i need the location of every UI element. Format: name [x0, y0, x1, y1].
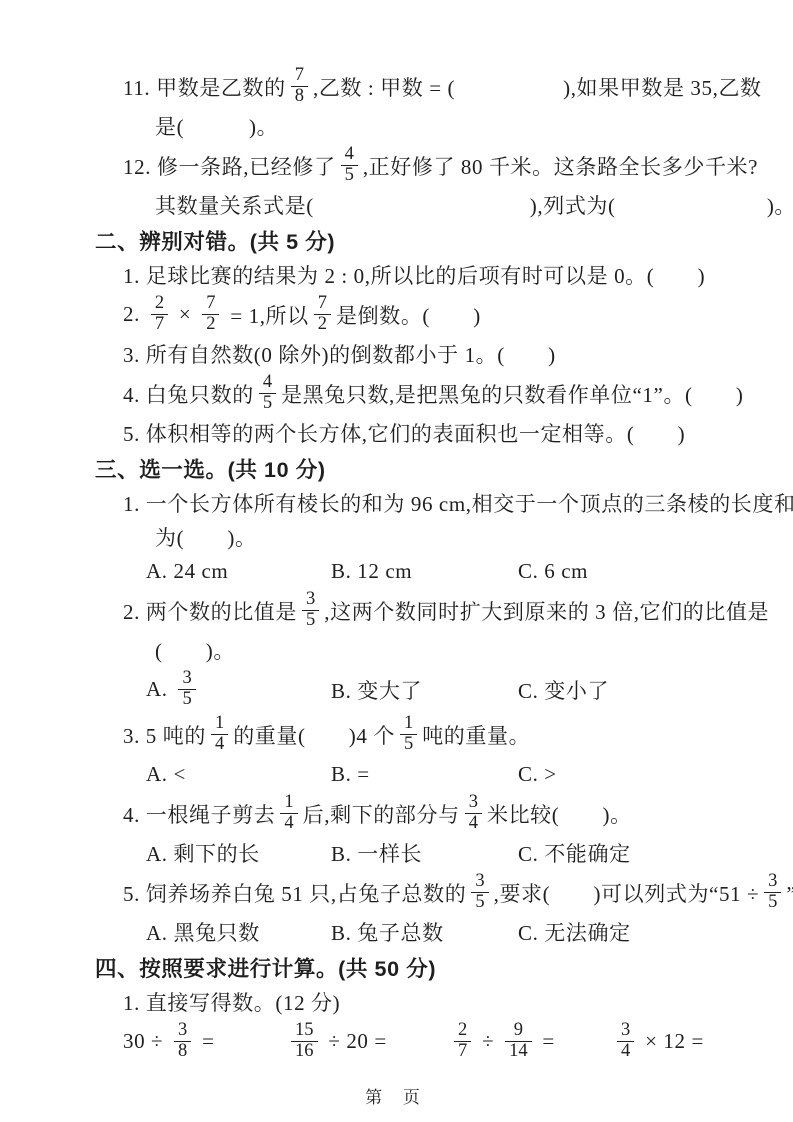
calc-instruction: 1. 直接写得数。(12 分): [123, 985, 793, 1019]
tf-item-2-fraction-3: 72: [202, 294, 219, 335]
item-12-line-2: 其数量关系式是( ),列式为( )。: [155, 188, 793, 222]
mc-4-options-col-2: C. 不能确定: [518, 838, 631, 868]
tf-item-2-text-2: ×: [173, 302, 197, 327]
calc-row-col-1-fraction-0: 1516: [291, 1021, 318, 1062]
mc-4-line-1-fraction-3: 34: [465, 793, 482, 834]
fraction-denominator: 7: [454, 1041, 471, 1062]
mc-2-line-2-text-0: ( )。: [155, 635, 235, 665]
mc-1-options-col-2: C. 6 cm: [518, 559, 588, 584]
mc-2-line-2: ( )。: [155, 633, 793, 667]
mc-5-line-1-text-2: ,要求( )可以列式为“51 ÷: [494, 878, 760, 908]
mc-2-line-1-text-0: 2. 两个数的比值是: [123, 596, 297, 626]
mc-2-options-col-0-fraction-1: 35: [178, 669, 195, 710]
item-12-line-1: 12. 修一条路,已经修了45,正好修了 80 千米。这条路全长多少千米?: [123, 143, 793, 188]
section-3-header: 三、选一选。(共 10 分): [95, 450, 793, 486]
mc-3-line-1-text-4: 吨的重量。: [422, 720, 530, 750]
fraction-numerator: 7: [291, 66, 308, 86]
fraction-numerator: 15: [291, 1021, 318, 1041]
mc-1-options: A. 24 cmB. 12 cmC. 6 cm: [146, 554, 793, 588]
mc-5-line-1-fraction-1: 35: [471, 872, 488, 913]
item-11-line-1-text-0: 11. 甲数是乙数的: [123, 72, 286, 102]
fraction-numerator: 7: [314, 294, 331, 314]
worksheet-content: 11. 甲数是乙数的78,乙数 : 甲数 = ( ),如果甲数是 35,乙数是(…: [0, 0, 793, 1064]
mc-4-line-1-text-2: 后,剩下的部分与: [303, 799, 460, 829]
tf-item-2-text-4: = 1,所以: [224, 300, 308, 330]
fraction-denominator: 16: [291, 1041, 318, 1062]
mc-4-line-1: 4. 一根绳子剪去14后,剩下的部分与34米比较( )。: [123, 791, 793, 836]
tf-item-3-text-0: 3. 所有自然数(0 除外)的倒数都小于 1。( ): [123, 339, 556, 369]
calc-row-col-3-fraction-0: 34: [617, 1021, 634, 1062]
fraction-numerator: 1: [400, 714, 417, 734]
item-12-line-1-fraction-1: 45: [341, 145, 358, 186]
mc-5-options-col-2-text-0: C. 无法确定: [518, 917, 631, 947]
section-3-header-text-0: 三、选一选。(共 10 分): [95, 453, 326, 484]
mc-3-options-col-0-text-0: A. <: [146, 762, 186, 787]
tf-item-2-fraction-5: 72: [314, 294, 331, 335]
calc-row-col-3-text-1: × 12 =: [639, 1029, 704, 1054]
tf-item-3: 3. 所有自然数(0 除外)的倒数都小于 1。( ): [123, 337, 793, 371]
tf-item-5-text-0: 5. 体积相等的两个长方体,它们的表面积也一定相等。( ): [123, 418, 685, 448]
item-12-line-1-text-2: ,正好修了 80 千米。这条路全长多少千米?: [363, 151, 758, 181]
fraction-numerator: 1: [280, 793, 297, 813]
mc-4-options-col-2-text-0: C. 不能确定: [518, 838, 631, 868]
mc-3-options-col-2: C. >: [518, 762, 557, 787]
tf-item-1-text-0: 1. 足球比赛的结果为 2 : 0,所以比的后项有时可以是 0。( ): [123, 260, 705, 290]
mc-1-line-2: 为( )。: [155, 520, 793, 554]
fraction-numerator: 3: [302, 590, 319, 610]
fraction-denominator: 4: [617, 1041, 634, 1062]
fraction-numerator: 1: [211, 714, 228, 734]
calc-row: 30 ÷ 38 =1516 ÷ 20 =27 ÷ 914 =34 × 12 =: [123, 1019, 793, 1064]
mc-5-options-col-1-text-0: B. 兔子总数: [331, 917, 444, 947]
tf-item-1: 1. 足球比赛的结果为 2 : 0,所以比的后项有时可以是 0。( ): [123, 258, 793, 292]
mc-1-options-col-1-text-0: B. 12 cm: [331, 559, 412, 584]
mc-5-options-col-0: A. 黑兔只数: [146, 917, 331, 947]
section-4-header-text-0: 四、按照要求进行计算。(共 50 分): [95, 952, 436, 983]
tf-item-4-text-2: 是黑兔只数,是把黑兔的只数看作单位“1”。( ): [281, 379, 743, 409]
item-11-line-1-fraction-1: 78: [291, 66, 308, 107]
mc-4-options-col-1-text-0: B. 一样长: [331, 838, 422, 868]
fraction-denominator: 5: [341, 165, 358, 186]
fraction-denominator: 8: [174, 1041, 191, 1062]
fraction-denominator: 5: [178, 689, 195, 710]
fraction-denominator: 5: [400, 734, 417, 755]
mc-4-line-1-text-4: 米比较( )。: [487, 799, 632, 829]
calc-row-col-2: 27 ÷ 914 =: [449, 1021, 612, 1062]
mc-2-line-1-fraction-1: 35: [302, 590, 319, 631]
mc-5-line-1-text-4: ”。: [786, 878, 793, 908]
tf-item-4-fraction-1: 45: [259, 373, 276, 414]
fraction-numerator: 4: [341, 145, 358, 165]
fraction-numerator: 2: [454, 1021, 471, 1041]
fraction-numerator: 3: [471, 872, 488, 892]
mc-2-line-1: 2. 两个数的比值是35,这两个数同时扩大到原来的 3 倍,它们的比值是: [123, 588, 793, 633]
mc-1-options-col-0-text-0: A. 24 cm: [146, 559, 228, 584]
fraction-denominator: 8: [291, 86, 308, 107]
fraction-denominator: 14: [505, 1041, 532, 1062]
fraction-numerator: 7: [202, 294, 219, 314]
fraction-denominator: 4: [465, 813, 482, 834]
mc-5-options: A. 黑兔只数B. 兔子总数C. 无法确定: [146, 915, 793, 949]
fraction-numerator: 3: [178, 669, 195, 689]
fraction-denominator: 5: [764, 892, 781, 913]
tf-item-2-fraction-1: 27: [151, 294, 168, 335]
fraction-denominator: 5: [302, 610, 319, 631]
mc-3-line-1: 3. 5 吨的14的重量( )4 个15吨的重量。: [123, 712, 793, 757]
fraction-numerator: 3: [465, 793, 482, 813]
mc-1-options-col-2-text-0: C. 6 cm: [518, 559, 588, 584]
mc-1-options-col-0: A. 24 cm: [146, 559, 331, 584]
mc-5-line-1-text-0: 5. 饲养场养白兔 51 只,占兔子总数的: [123, 878, 466, 908]
fraction-denominator: 5: [259, 393, 276, 414]
calc-row-col-1: 1516 ÷ 20 =: [286, 1021, 449, 1062]
calc-row-col-0-fraction-1: 38: [174, 1021, 191, 1062]
fraction-numerator: 4: [259, 373, 276, 393]
item-11-line-2-text-0: 是( )。: [155, 111, 278, 141]
calc-row-col-0: 30 ÷ 38 =: [123, 1021, 286, 1062]
section-2-header: 二、辨别对错。(共 5 分): [95, 222, 793, 258]
mc-4-options-col-0: A. 剩下的长: [146, 838, 331, 868]
worksheet-page: { "doc": { "footer": "\u7b2c \u9875", "b…: [0, 0, 793, 1122]
calc-row-col-2-text-3: =: [537, 1029, 555, 1054]
page-footer: 第 页: [0, 1083, 793, 1108]
calc-row-col-1-text-1: ÷ 20 =: [323, 1029, 387, 1054]
mc-4-options-col-0-text-0: A. 剩下的长: [146, 838, 260, 868]
mc-5-line-1-fraction-3: 35: [764, 872, 781, 913]
tf-item-4: 4. 白兔只数的45是黑兔只数,是把黑兔的只数看作单位“1”。( ): [123, 371, 793, 416]
mc-4-line-1-text-0: 4. 一根绳子剪去: [123, 799, 275, 829]
mc-3-options-col-1-text-0: B. =: [331, 762, 370, 787]
mc-3-options-col-2-text-0: C. >: [518, 762, 557, 787]
section-2-header-text-0: 二、辨别对错。(共 5 分): [95, 225, 335, 256]
mc-4-line-1-fraction-1: 14: [280, 793, 297, 834]
mc-2-line-1-text-2: ,这两个数同时扩大到原来的 3 倍,它们的比值是: [324, 596, 769, 626]
mc-3-line-1-fraction-3: 15: [400, 714, 417, 755]
mc-5-options-col-0-text-0: A. 黑兔只数: [146, 917, 260, 947]
mc-3-line-1-fraction-1: 14: [211, 714, 228, 755]
mc-3-options-col-1: B. =: [331, 762, 518, 787]
mc-4-options-col-1: B. 一样长: [331, 838, 518, 868]
item-12-line-2-text-0: 其数量关系式是( ),列式为( )。: [155, 190, 793, 220]
mc-2-options-col-0-text-0: A.: [146, 677, 173, 702]
tf-item-4-text-0: 4. 白兔只数的: [123, 379, 254, 409]
calc-row-col-2-fraction-0: 27: [454, 1021, 471, 1062]
item-12-line-1-text-0: 12. 修一条路,已经修了: [123, 151, 336, 181]
mc-3-line-1-text-0: 3. 5 吨的: [123, 720, 206, 750]
mc-2-options-col-1: B. 变大了: [331, 675, 518, 705]
fraction-denominator: 2: [202, 314, 219, 335]
fraction-numerator: 3: [617, 1021, 634, 1041]
item-11-line-1-text-2: ,乙数 : 甲数 = ( ),如果甲数是 35,乙数: [313, 72, 762, 102]
fraction-numerator: 9: [510, 1021, 527, 1041]
calc-row-col-2-fraction-2: 914: [505, 1021, 532, 1062]
mc-1-line-1-text-0: 1. 一个长方体所有棱长的和为 96 cm,相交于一个顶点的三条棱的长度和: [123, 488, 793, 518]
mc-3-line-1-text-2: 的重量( )4 个: [233, 720, 395, 750]
fraction-numerator: 3: [764, 872, 781, 892]
fraction-numerator: 2: [151, 294, 168, 314]
mc-2-options-col-1-text-0: B. 变大了: [331, 675, 422, 705]
mc-5-options-col-1: B. 兔子总数: [331, 917, 518, 947]
mc-4-options: A. 剩下的长B. 一样长C. 不能确定: [146, 836, 793, 870]
mc-1-line-1: 1. 一个长方体所有棱长的和为 96 cm,相交于一个顶点的三条棱的长度和: [123, 486, 793, 520]
tf-item-2: 2. 27 × 72 = 1,所以72是倒数。( ): [123, 292, 793, 337]
tf-item-2-text-6: 是倒数。( ): [336, 300, 481, 330]
calc-row-col-0-text-0: 30 ÷: [123, 1029, 169, 1054]
mc-5-options-col-2: C. 无法确定: [518, 917, 631, 947]
tf-item-5: 5. 体积相等的两个长方体,它们的表面积也一定相等。( ): [123, 416, 793, 450]
section-4-header: 四、按照要求进行计算。(共 50 分): [95, 949, 793, 985]
mc-3-options-col-0: A. <: [146, 762, 331, 787]
mc-2-options-col-2: C. 变小了: [518, 675, 609, 705]
fraction-denominator: 7: [151, 314, 168, 335]
mc-5-line-1: 5. 饲养场养白兔 51 只,占兔子总数的35,要求( )可以列式为“51 ÷3…: [123, 870, 793, 915]
tf-item-2-text-0: 2.: [123, 302, 146, 327]
fraction-denominator: 5: [471, 892, 488, 913]
calc-instruction-text-0: 1. 直接写得数。(12 分): [123, 987, 340, 1017]
item-11-line-2: 是( )。: [155, 109, 793, 143]
mc-2-options: A. 35B. 变大了C. 变小了: [146, 667, 793, 712]
fraction-denominator: 2: [314, 314, 331, 335]
calc-row-col-2-text-1: ÷: [476, 1029, 500, 1054]
mc-2-options-col-0: A. 35: [146, 669, 331, 710]
fraction-denominator: 4: [280, 813, 297, 834]
calc-row-col-0-text-2: =: [196, 1029, 214, 1054]
mc-3-options: A. <B. =C. >: [146, 757, 793, 791]
item-11-line-1: 11. 甲数是乙数的78,乙数 : 甲数 = ( ),如果甲数是 35,乙数: [123, 64, 793, 109]
mc-1-line-2-text-0: 为( )。: [155, 522, 257, 552]
calc-row-col-3: 34 × 12 =: [612, 1021, 775, 1062]
fraction-denominator: 4: [211, 734, 228, 755]
fraction-numerator: 3: [174, 1021, 191, 1041]
mc-1-options-col-1: B. 12 cm: [331, 559, 518, 584]
mc-2-options-col-2-text-0: C. 变小了: [518, 675, 609, 705]
